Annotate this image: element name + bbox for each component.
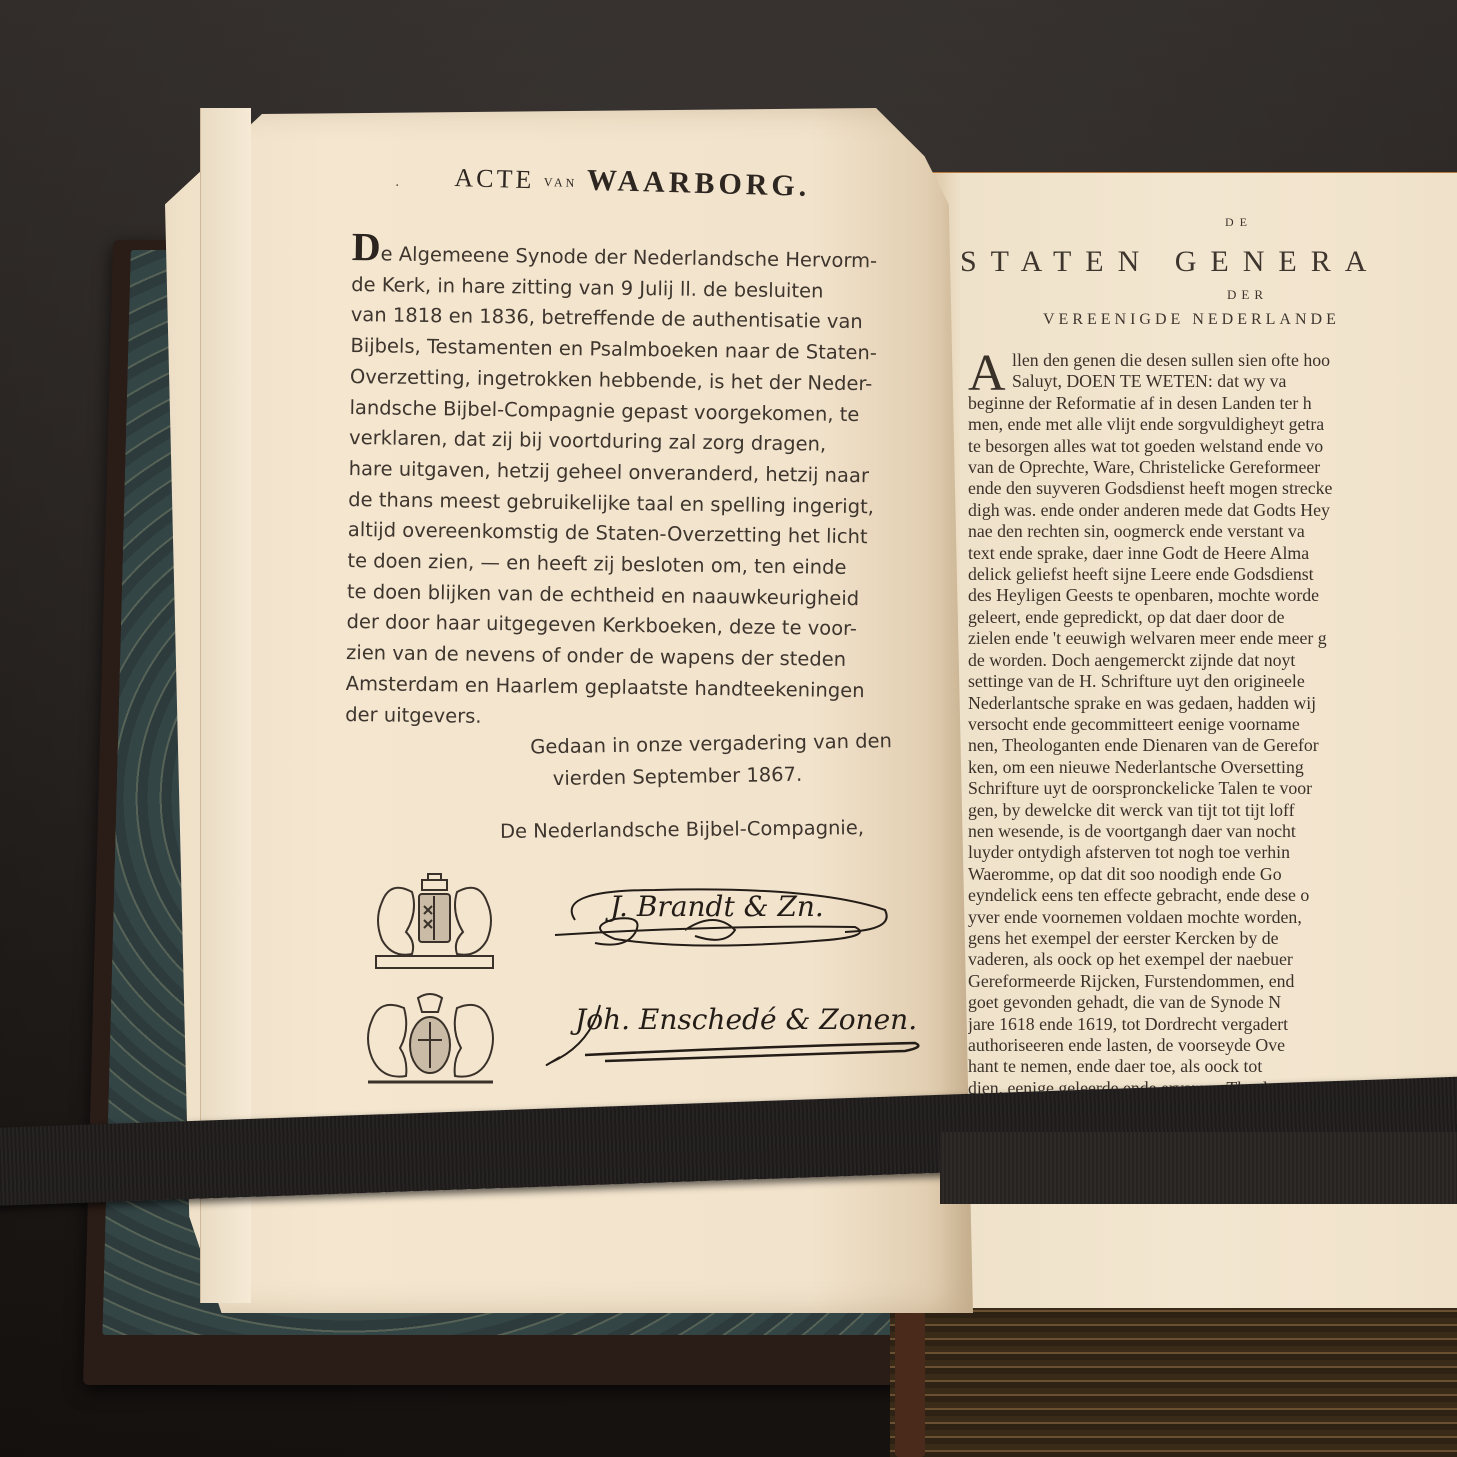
closing-line-1: Gedaan in onze vergadering van den — [500, 725, 892, 764]
heading-de: DE — [1225, 215, 1253, 230]
amsterdam-crest-icon — [372, 872, 497, 972]
page-ornament: · — [395, 178, 399, 194]
signature-enschede-text: Joh. Enschedé & Zonen. — [575, 1003, 917, 1036]
body-line: versocht ende gecommitteert eenige voorn… — [968, 714, 1457, 735]
body-line: hant te nemen, ende daer toe, als oock t… — [968, 1056, 1457, 1077]
right-page-body: llen den genen die desen sullen sien oft… — [968, 350, 1457, 1185]
drop-cap: D — [351, 224, 381, 269]
body-line: Gereformeerde Rijcken, Furstendommen, en… — [968, 971, 1457, 992]
book-headband — [895, 1300, 925, 1457]
body-line: vaderen, als oock op het exempel der nae… — [968, 949, 1457, 970]
body-line: digh was. ende onder anderen mede dat Go… — [968, 500, 1457, 521]
body-line: delick geliefst heeft sijne Leere ende G… — [968, 564, 1457, 585]
body-line: geleert, ende gepredickt, op dat daer do… — [968, 607, 1457, 628]
body-line: text ende sprake, daer inne Godt de Heer… — [968, 543, 1457, 564]
signatory-organization: De Nederlandsche Bijbel-Compagnie, — [500, 816, 864, 843]
body-line: yver ende voornemen voldaen mochte worde… — [968, 907, 1457, 928]
body-line: van de Oprechte, Ware, Christelicke Gere… — [968, 457, 1457, 478]
body-line: nen, Theologanten ende Dienaren van de G… — [968, 735, 1457, 756]
closing-statement: Gedaan in onze vergadering van den vierd… — [500, 725, 893, 796]
body-line: jare 1618 ende 1619, tot Dordrecht verga… — [968, 1014, 1457, 1035]
body-line: eyndelick eens ten effecte gebracht, end… — [968, 885, 1457, 906]
title-word-acte: ACTE — [454, 163, 535, 194]
gilt-page-edges — [890, 1290, 1457, 1457]
elastic-strap-right — [940, 1132, 1457, 1204]
body-line: authoriseeren ende lasten, de voorseyde … — [968, 1035, 1457, 1056]
body-line: nae den rechten sin, oogmerck ende verst… — [968, 521, 1457, 542]
haarlem-crest-icon — [358, 990, 503, 1090]
body-line: zielen ende 't eeuwigh welvaren meer end… — [968, 628, 1457, 649]
body-line: des Heyligen Geests te openbaren, mochte… — [968, 585, 1457, 606]
signature-brandt-text: J. Brandt & Zn. — [610, 890, 824, 923]
body-line: nen wesende, is de voortgangh daer van n… — [968, 821, 1457, 842]
body-line: luyder ontydigh afsterven tot nogh toe v… — [968, 842, 1457, 863]
body-line: gens het exempel der eerster Kercken by … — [968, 928, 1457, 949]
body-line: settinge van de H. Schrifture uyt den or… — [968, 671, 1457, 692]
body-line: te besorgen alles wat tot goeden welstan… — [968, 436, 1457, 457]
body-line: gen, by dewelcke dit werck van tijt tot … — [968, 800, 1457, 821]
body-line: Saluyt, DOEN TE WETEN: dat wy va — [968, 371, 1457, 392]
body-line: Waeromme, op dat dit soo noodigh ende Go — [968, 864, 1457, 885]
title-word-van: VAN — [544, 175, 578, 190]
body-line: Schrifture uyt de oorspronckelicke Talen… — [968, 778, 1457, 799]
left-page-body: De Algemeene Synode der Nederlandsche He… — [345, 232, 952, 739]
body-line: Nederlantsche sprake en was gedaen, hadd… — [968, 693, 1457, 714]
body-line: llen den genen die desen sullen sien oft… — [968, 350, 1457, 371]
body-line: goet gevonden gehadt, die van de Synode … — [968, 992, 1457, 1013]
signature-brandt: J. Brandt & Zn. — [555, 880, 895, 960]
signature-enschede: Joh. Enschedé & Zonen. — [545, 995, 935, 1075]
closing-line-2: vierden September 1867. — [501, 757, 893, 796]
heading-staten-generaal: STATEN GENERA — [960, 245, 1380, 279]
body-line: ken, om een nieuwe Nederlantsche Overset… — [968, 757, 1457, 778]
heading-der: DER — [1227, 287, 1268, 303]
body-line: men, ende met alle vlijt ende sorgvuldig… — [968, 414, 1457, 435]
body-line: beginne der Reformatie af in desen Lande… — [968, 393, 1457, 414]
body-line: de worden. Doch aengemerckt zijnde dat n… — [968, 650, 1457, 671]
body-line: ende den suyveren Godsdienst heeft mogen… — [968, 478, 1457, 499]
title-word-waarborg: WAARBORG. — [586, 164, 810, 203]
heading-vereenigde-nederlanden: VEREENIGDE NEDERLANDE — [1043, 311, 1340, 329]
